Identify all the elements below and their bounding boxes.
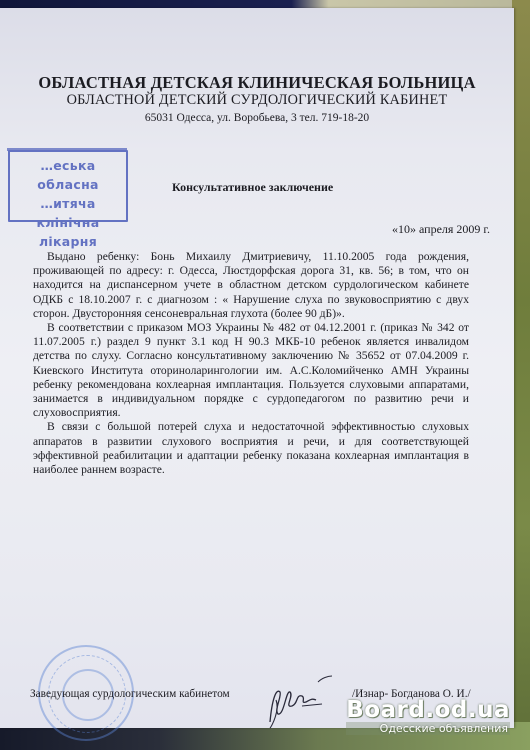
watermark-subtitle: Одесские объявления: [346, 722, 510, 735]
hospital-name: ОБЛАСТНАЯ ДЕТСКАЯ КЛИНИЧЕСКАЯ БОЛЬНИЦА: [0, 74, 514, 92]
stamp-line-1: …еська обласна: [10, 156, 126, 194]
signatory-position: Заведующая сурдологическим кабинетом: [30, 688, 230, 700]
handwritten-signature-icon: [262, 670, 332, 730]
body-paragraph-3: В связи с большой потерей слуха и недост…: [33, 420, 469, 477]
department-name: ОБЛАСТНОЙ ДЕТСКИЙ СУРДОЛОГИЧЕСКИЙ КАБИНЕ…: [0, 92, 514, 108]
background-table-right: [512, 0, 530, 750]
body-paragraph-2: В соответствии с приказом МОЗ Украины № …: [33, 321, 469, 420]
watermark-site-name: Board.od.ua: [346, 698, 510, 722]
document-paper: ОБЛАСТНАЯ ДЕТСКАЯ КЛИНИЧЕСКАЯ БОЛЬНИЦА О…: [0, 8, 514, 728]
rectangular-stamp: …еська обласна …итяча клінічна лікарня: [8, 150, 128, 222]
document-body: Выдано ребенку: Бонь Михаилу Дмитриевичу…: [33, 250, 469, 477]
document-title: Консультативное заключение: [172, 180, 333, 195]
stamp-line-3: лікарня: [10, 232, 126, 251]
document-date: «10» апреля 2009 г.: [392, 222, 490, 237]
site-watermark: Board.od.ua Одесские объявления: [346, 698, 510, 735]
letterhead: ОБЛАСТНАЯ ДЕТСКАЯ КЛИНИЧЕСКАЯ БОЛЬНИЦА О…: [0, 74, 514, 127]
body-paragraph-1: Выдано ребенку: Бонь Михаилу Дмитриевичу…: [33, 250, 469, 321]
hospital-address: 65031 Одесса, ул. Воробьева, 3 тел. 719-…: [0, 110, 514, 127]
stamp-line-2: …итяча клінічна: [10, 194, 126, 232]
